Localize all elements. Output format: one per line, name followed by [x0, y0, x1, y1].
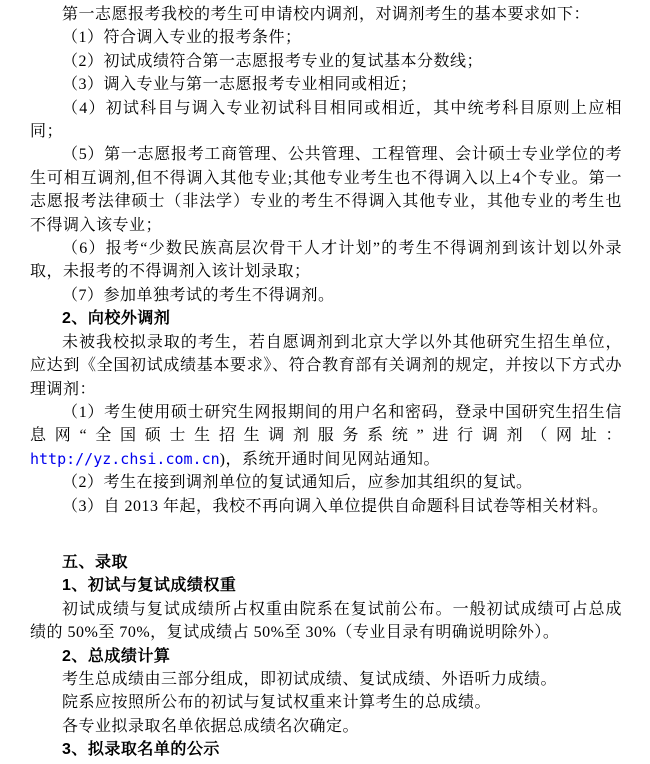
internal-transfer-item-1: （1）符合调入专业的报考条件；	[30, 26, 622, 49]
text-run: （4）初试科目与调入专业初试科目相同或相近，其中统考科目原则上应相同；	[30, 100, 622, 140]
external-transfer-intro: 未被我校拟录取的考生，若自愿调剂到北京大学以外其他研究生招生单位，应达到《全国初…	[30, 331, 622, 401]
internal-transfer-item-6: （6）报考“少数民族高层次骨干人才计划”的考生不得调剂到该计划以外录取，未报考的…	[30, 237, 622, 284]
internal-transfer-item-7: （7）参加单独考试的考生不得调剂。	[30, 284, 622, 307]
text-run: 2、总成绩计算	[62, 648, 170, 665]
admission-list-rule: 各专业拟录取名单依据总成绩名次确定。	[30, 715, 622, 738]
text-run: （2）初试成绩符合第一志愿报考专业的复试基本分数线；	[62, 53, 483, 70]
text-run: 考生总成绩由三部分组成，即初试成绩、复试成绩、外语听力成绩。	[62, 671, 557, 688]
internal-transfer-item-2: （2）初试成绩符合第一志愿报考专业的复试基本分数线；	[30, 50, 622, 73]
external-transfer-item-3: （3）自 2013 年起，我校不再向调入单位提供自命题科目试卷等相关材料。	[30, 495, 622, 518]
external-transfer-item-2: （2）考生在接到调剂单位的复试通知后，应参加其组织的复试。	[30, 471, 622, 494]
text-run: （3）调入专业与第一志愿报考专业相同或相近；	[62, 76, 417, 93]
text-run: 五、录取	[62, 554, 128, 571]
heading-score-weights: 1、初试与复试成绩权重	[30, 574, 622, 597]
text-run: （5）第一志愿报考工商管理、公共管理、工程管理、会计硕士专业学位的考生可相互调剂…	[30, 146, 622, 233]
internal-transfer-item-4: （4）初试科目与调入专业初试科目相同或相近，其中统考科目原则上应相同；	[30, 97, 622, 144]
text-run: 1、初试与复试成绩权重	[62, 577, 236, 594]
heading-external-transfer: 2、向校外调剂	[30, 307, 622, 330]
text-run: 初试成绩与复试成绩所占权重由院系在复试前公布。一般初试成绩可占总成绩的 50%至…	[30, 601, 622, 641]
document-page: 第一志愿报考我校的考生可申请校内调剂，对调剂考生的基本要求如下：（1）符合调入专…	[0, 0, 650, 764]
text-run: 未被我校拟录取的考生，若自愿调剂到北京大学以外其他研究生招生单位，应达到《全国初…	[30, 334, 622, 398]
text-run: （1）符合调入专业的报考条件；	[62, 29, 302, 46]
intro-internal-transfer: 第一志愿报考我校的考生可申请校内调剂，对调剂考生的基本要求如下：	[30, 3, 622, 26]
text-run: （7）参加单独考试的考生不得调剂。	[62, 287, 335, 304]
text-run: )，系统开通时间见网站通知。	[220, 451, 440, 468]
text-run: （3）自 2013 年起，我校不再向调入单位提供自命题科目试卷等相关材料。	[62, 498, 609, 515]
text-run: 各专业拟录取名单依据总成绩名次确定。	[62, 718, 359, 735]
text-run: （6）报考“少数民族高层次骨干人才计划”的考生不得调剂到该计划以外录取，未报考的…	[30, 240, 622, 280]
heading-total-score: 2、总成绩计算	[30, 645, 622, 668]
text-run: 2、向校外调剂	[62, 310, 170, 327]
text-run: 院系应按照所公布的初试与复试权重来计算考生的总成绩。	[62, 694, 491, 711]
text-run: 第一志愿报考我校的考生可申请校内调剂，对调剂考生的基本要求如下：	[62, 6, 590, 23]
internal-transfer-item-5: （5）第一志愿报考工商管理、公共管理、工程管理、会计硕士专业学位的考生可相互调剂…	[30, 143, 622, 237]
external-transfer-item-1: （1）考生使用硕士研究生网报期间的用户名和密码，登录中国研究生招生信息网“全国硕…	[30, 401, 622, 471]
internal-transfer-item-3: （3）调入专业与第一志愿报考专业相同或相近；	[30, 73, 622, 96]
total-score-calculation: 院系应按照所公布的初试与复试权重来计算考生的总成绩。	[30, 691, 622, 714]
blank-line	[30, 518, 622, 551]
total-score-composition: 考生总成绩由三部分组成，即初试成绩、复试成绩、外语听力成绩。	[30, 668, 622, 691]
heading-admission: 五、录取	[30, 551, 622, 574]
heading-admission-list-publicity: 3、拟录取名单的公示	[30, 738, 622, 761]
score-weights-body: 初试成绩与复试成绩所占权重由院系在复试前公布。一般初试成绩可占总成绩的 50%至…	[30, 598, 622, 645]
document-content: 第一志愿报考我校的考生可申请校内调剂，对调剂考生的基本要求如下：（1）符合调入专…	[30, 3, 622, 762]
text-run: （2）考生在接到调剂单位的复试通知后，应参加其组织的复试。	[62, 474, 533, 491]
text-run: 3、拟录取名单的公示	[62, 741, 220, 758]
text-run: （1）考生使用硕士研究生网报期间的用户名和密码，登录中国研究生招生信息网“全国硕…	[30, 404, 622, 444]
transfer-system-url-link[interactable]: http://yz.chsi.com.cn	[30, 450, 220, 468]
